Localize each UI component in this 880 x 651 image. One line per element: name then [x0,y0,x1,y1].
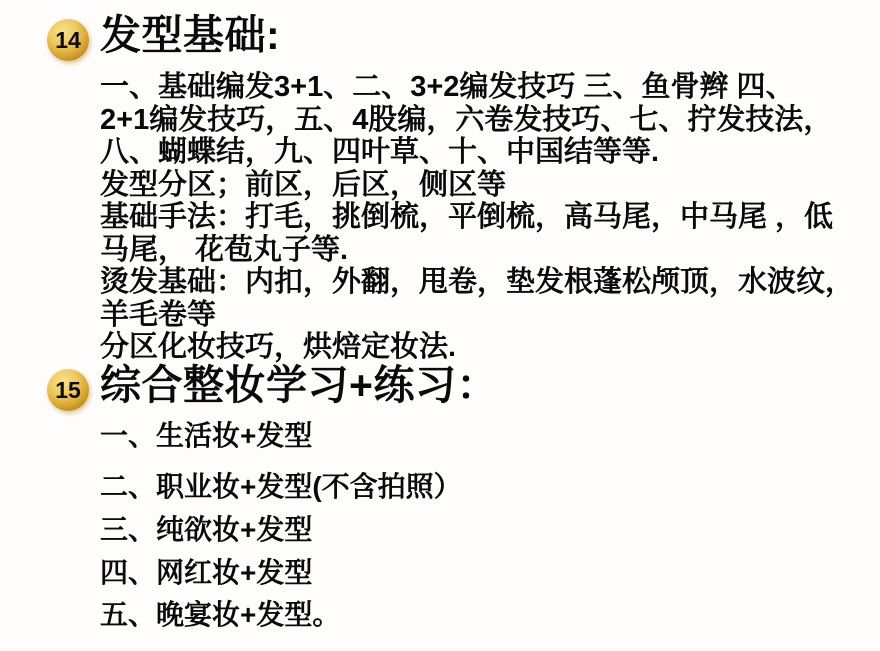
section14-number-badge: 14 [47,19,89,61]
section14-line: 烫发基础：内扣，外翻，甩卷，垫发根蓬松颅顶，水波纹， [100,266,854,299]
section14-line: 发型分区；前区，后区，侧区等 [100,169,854,202]
section14-line: 2+1编发技巧，五、4股编，六卷发技巧、七、拧发技法， [100,104,854,137]
section14-number: 14 [55,27,81,54]
section14-line: 一、基础编发3+1、二、3+2编发技巧 三、鱼骨辫 四、 [100,71,854,104]
section15-item: 一、生活妆+发型 [100,420,312,452]
section14-title: 发型基础: [100,13,280,59]
section15-item: 三、纯欲妆+发型 [100,514,312,546]
section14-line: 羊毛卷等 [100,299,854,332]
section14-line: 分区化妆技巧，烘焙定妆法. [100,331,854,364]
section14-line: 马尾， 花苞丸子等. [100,234,854,267]
section15-title: 综合整妆学习+练习： [100,363,498,409]
syllabus-page: 14 发型基础: 一、基础编发3+1、二、3+2编发技巧 三、鱼骨辫 四、 2+… [0,0,880,651]
section14-body: 一、基础编发3+1、二、3+2编发技巧 三、鱼骨辫 四、 2+1编发技巧，五、4… [100,71,854,364]
section14-line: 基础手法：打毛，挑倒梳，平倒梳，高马尾，中马尾 ，低 [100,201,854,234]
section14-line: 八、蝴蝶结，九、四叶草、十、中国结等等. [100,136,854,169]
section15-number: 15 [55,377,81,404]
section15-item: 五、晚宴妆+发型。 [100,599,340,631]
section15-item: 二、职业妆+发型(不含拍照） [100,471,462,503]
section15-item: 四、网红妆+发型 [100,557,312,589]
section15-number-badge: 15 [47,369,89,411]
